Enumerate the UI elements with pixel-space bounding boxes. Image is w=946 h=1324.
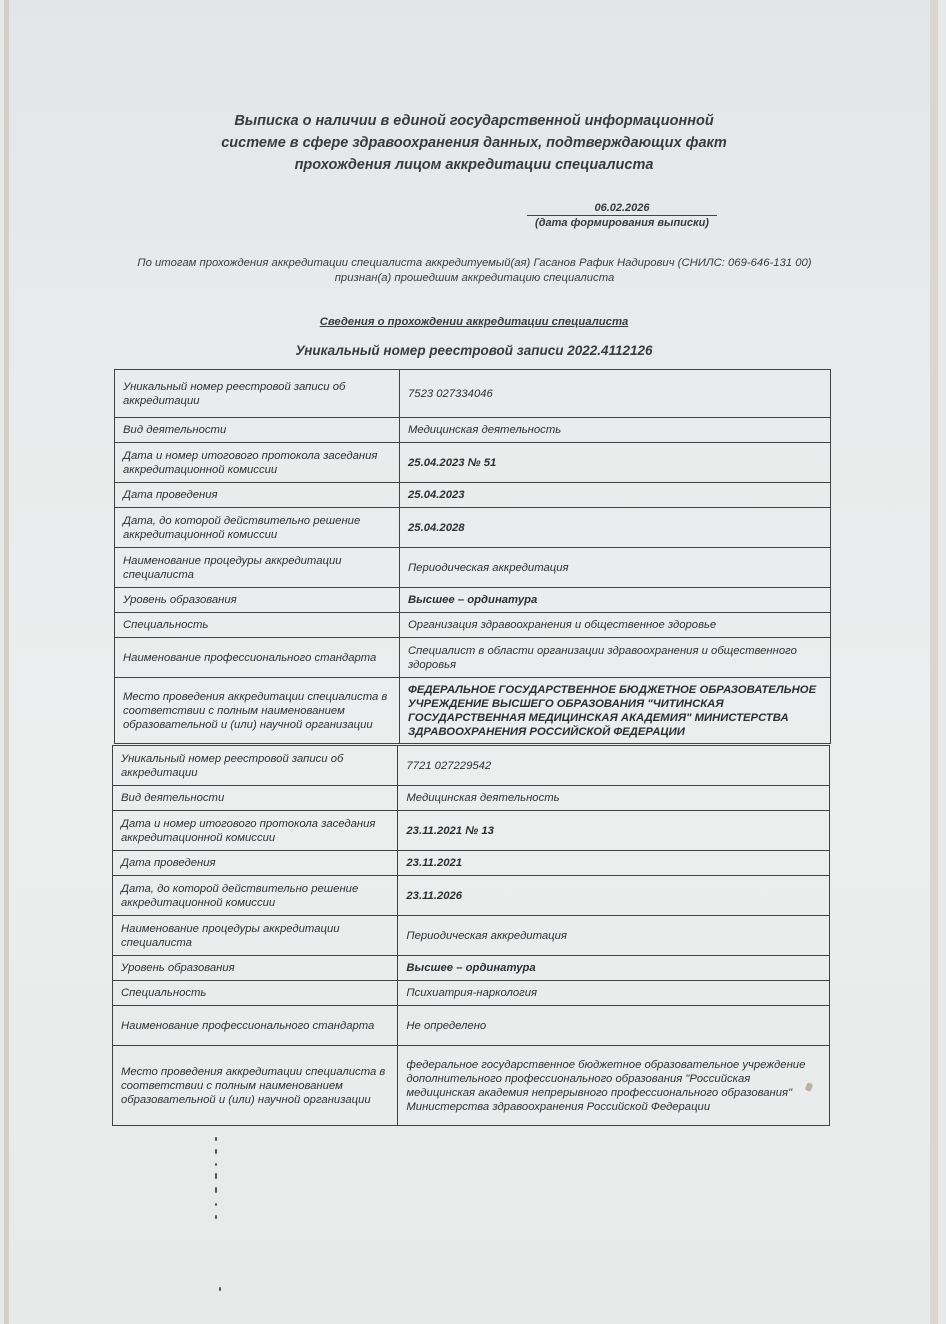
row-label: Дата, до которой действительно решение а… xyxy=(113,876,398,916)
table-row: Специальность Психиатрия-наркология xyxy=(113,981,830,1006)
row-label: Дата, до которой действительно решение а… xyxy=(115,508,400,548)
table-row: Вид деятельности Медицинская деятельност… xyxy=(113,786,830,811)
intro-text: По итогам прохождения аккредитации специ… xyxy=(112,256,837,286)
row-value: 25.04.2023 xyxy=(400,483,831,508)
title-line-1: Выписка о наличии в единой государственн… xyxy=(200,110,748,132)
row-value: ФЕДЕРАЛЬНОЕ ГОСУДАРСТВЕННОЕ БЮДЖЕТНОЕ ОБ… xyxy=(400,678,831,744)
title-line-3: прохождения лицом аккредитации специалис… xyxy=(200,154,748,176)
row-value: 7523 027334046 xyxy=(400,370,831,418)
row-value: Периодическая аккредитация xyxy=(400,548,831,588)
table-row: Место проведения аккредитации специалист… xyxy=(113,1046,830,1126)
row-value: Высшее – ординатура xyxy=(398,956,830,981)
table-row: Специальность Организация здравоохранени… xyxy=(115,613,831,638)
table-row: Наименование процедуры аккредитации спец… xyxy=(115,548,831,588)
registry-number-heading: Уникальный номер реестровой записи 2022.… xyxy=(220,343,728,358)
accreditation-record-table-2: Уникальный номер реестровой записи об ак… xyxy=(112,745,830,1126)
row-label: Место проведения аккредитации специалист… xyxy=(115,678,400,744)
row-label: Уникальный номер реестровой записи об ак… xyxy=(115,370,400,418)
table-row: Вид деятельности Медицинская деятельност… xyxy=(115,418,831,443)
row-value: Периодическая аккредитация xyxy=(398,916,830,956)
row-label: Наименование процедуры аккредитации спец… xyxy=(115,548,400,588)
row-label: Наименование процедуры аккредитации спец… xyxy=(113,916,398,956)
accreditation-record-table-1: Уникальный номер реестровой записи об ак… xyxy=(114,369,831,744)
row-value: Высшее – ординатура xyxy=(400,588,831,613)
row-label: Дата и номер итогового протокола заседан… xyxy=(113,811,398,851)
row-label: Наименование профессионального стандарта xyxy=(113,1006,398,1046)
row-value: 25.04.2028 xyxy=(400,508,831,548)
row-label: Уровень образования xyxy=(113,956,398,981)
row-value: 23.11.2021 № 13 xyxy=(398,811,830,851)
row-value: 23.11.2021 xyxy=(398,851,830,876)
row-value: Медицинская деятельность xyxy=(400,418,831,443)
statement-date-caption: (дата формирования выписки) xyxy=(527,216,717,229)
row-label: Уровень образования xyxy=(115,588,400,613)
row-label: Специальность xyxy=(115,613,400,638)
row-value: Психиатрия-наркология xyxy=(398,981,830,1006)
table-row: Наименование профессионального стандарта… xyxy=(115,638,831,678)
paper-left-edge xyxy=(4,0,9,1324)
row-value: 7721 027229542 xyxy=(398,746,830,786)
table-row: Уникальный номер реестровой записи об ак… xyxy=(115,370,831,418)
row-label: Вид деятельности xyxy=(113,786,398,811)
statement-date: 06.02.2026 xyxy=(527,202,717,216)
row-value: Медицинская деятельность xyxy=(398,786,830,811)
row-label: Уникальный номер реестровой записи об ак… xyxy=(113,746,398,786)
row-value: Специалист в области организации здравоо… xyxy=(400,638,831,678)
row-label: Наименование профессионального стандарта xyxy=(115,638,400,678)
row-label: Место проведения аккредитации специалист… xyxy=(113,1046,398,1126)
section-heading: Сведения о прохождении аккредитации спец… xyxy=(260,316,688,328)
table-row: Дата проведения 25.04.2023 xyxy=(115,483,831,508)
row-label: Дата и номер итогового протокола заседан… xyxy=(115,443,400,483)
table-row: Дата, до которой действительно решение а… xyxy=(113,876,830,916)
row-label: Вид деятельности xyxy=(115,418,400,443)
title-line-2: системе в сфере здравоохранения данных, … xyxy=(200,132,748,154)
table-row: Дата, до которой действительно решение а… xyxy=(115,508,831,548)
row-value: 23.11.2026 xyxy=(398,876,830,916)
row-value: Не определено xyxy=(398,1006,830,1046)
table-row: Дата проведения 23.11.2021 xyxy=(113,851,830,876)
table-row: Уровень образования Высшее – ординатура xyxy=(115,588,831,613)
row-label: Дата проведения xyxy=(113,851,398,876)
row-value: федеральное государственное бюджетное об… xyxy=(398,1046,830,1126)
paper-right-edge xyxy=(930,0,938,1324)
table-row: Дата и номер итогового протокола заседан… xyxy=(115,443,831,483)
table-row: Место проведения аккредитации специалист… xyxy=(115,678,831,744)
row-value: Организация здравоохранения и общественн… xyxy=(400,613,831,638)
statement-date-block: 06.02.2026 (дата формирования выписки) xyxy=(527,202,717,229)
table-row: Дата и номер итогового протокола заседан… xyxy=(113,811,830,851)
row-value: 25.04.2023 № 51 xyxy=(400,443,831,483)
document-title: Выписка о наличии в единой государственн… xyxy=(200,110,748,176)
row-label: Специальность xyxy=(113,981,398,1006)
paper-specks xyxy=(215,1137,219,1317)
row-label: Дата проведения xyxy=(115,483,400,508)
table-row: Уровень образования Высшее – ординатура xyxy=(113,956,830,981)
table-row: Наименование профессионального стандарта… xyxy=(113,1006,830,1046)
table-row: Уникальный номер реестровой записи об ак… xyxy=(113,746,830,786)
table-row: Наименование процедуры аккредитации спец… xyxy=(113,916,830,956)
